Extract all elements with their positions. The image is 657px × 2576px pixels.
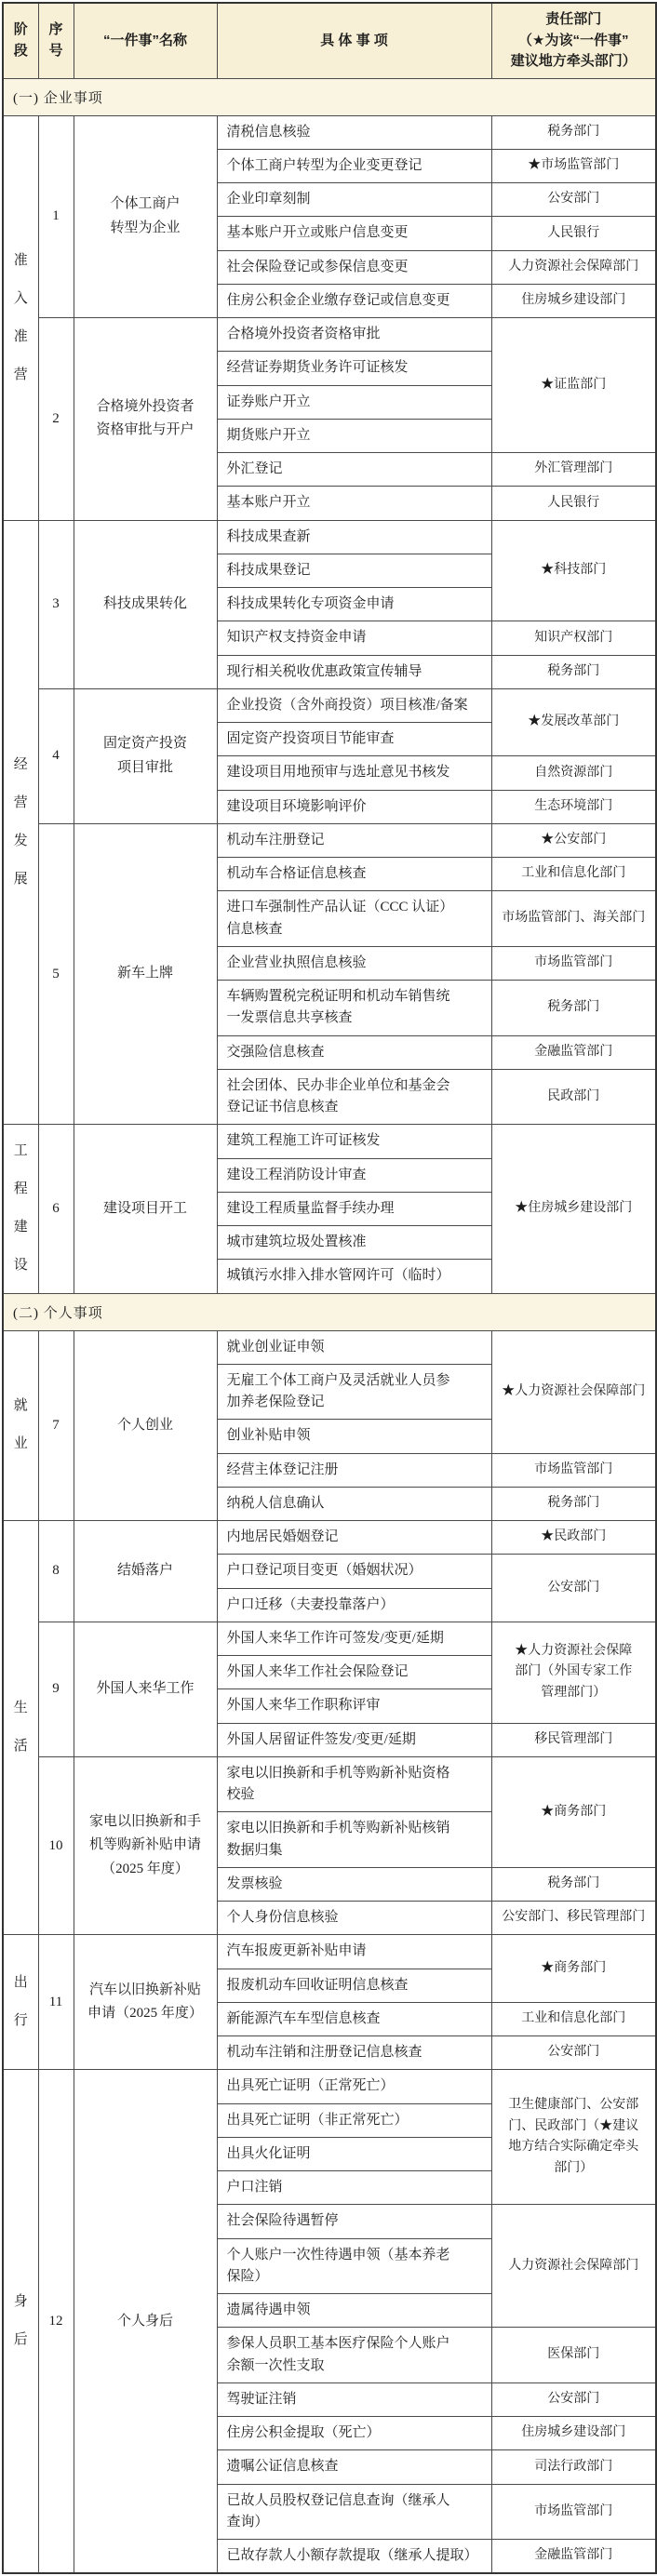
- item-cell: 新能源汽车车型信息核查: [217, 2002, 491, 2035]
- stage-label: 就业: [4, 1331, 38, 1521]
- table-row: 2合格境外投资者 资格审批与开户合格境外投资者资格审批★证监部门: [3, 318, 656, 352]
- item-cell: 机动车注册登记: [217, 823, 491, 857]
- item-cell: 社会团体、民办非企业单位和基金会 登记证书信息核查: [217, 1069, 491, 1125]
- one-thing-name-cell: 建设项目开工: [74, 1125, 217, 1293]
- item-cell: 社会保险待遇暂停: [217, 2205, 491, 2238]
- one-thing-name-cell: 家电以旧换新和手 机等购新补贴申请 （2025 年度）: [74, 1756, 217, 1935]
- item-cell: 户口注销: [217, 2171, 491, 2205]
- dept-cell: 市场监管部门: [491, 946, 656, 980]
- dept-cell: 公安部门: [491, 2036, 656, 2070]
- item-cell: 期货账户开立: [217, 419, 491, 452]
- table-row: 经营发展3科技成果转化科技成果查新★科技部门: [3, 520, 656, 554]
- table-row: 4固定资产投资 项目审批企业投资（含外商投资）项目核准/备案★发展改革部门: [3, 688, 656, 722]
- item-cell: 户口迁移（夫妻投靠落户）: [217, 1588, 491, 1622]
- item-cell: 出具死亡证明（非正常死亡）: [217, 2103, 491, 2137]
- item-cell: 进口车强制性产品认证（CCC 认证） 信息核查: [217, 891, 491, 947]
- dept-cell: 市场监管部门、海关部门: [491, 891, 656, 947]
- item-cell: 基本账户开立或账户信息变更: [217, 217, 491, 250]
- dept-cell: 公安部门: [491, 2382, 656, 2416]
- item-cell: 城市建筑垃圾处置核准: [217, 1226, 491, 1260]
- section-row: (二) 个人事项: [3, 1293, 656, 1330]
- item-cell: 内地居民婚姻登记: [217, 1521, 491, 1555]
- stage-cell-就业: 就业: [3, 1330, 38, 1521]
- dept-cell: 工业和信息化部门: [491, 2002, 656, 2035]
- one-thing-name-cell: 新车上牌: [74, 823, 217, 1125]
- seq-cell: 4: [38, 688, 74, 823]
- seq-cell: 8: [38, 1521, 74, 1622]
- item-cell: 家电以旧换新和手机等购新补贴核销 数据归集: [217, 1812, 491, 1868]
- stage-cell-工程建设: 工程建设: [3, 1125, 38, 1293]
- item-cell: 企业投资（含外商投资）项目核准/备案: [217, 688, 491, 722]
- item-cell: 发票核验: [217, 1867, 491, 1901]
- dept-cell: 人力资源社会保障部门: [491, 250, 656, 284]
- dept-cell: 税务部门: [491, 115, 656, 149]
- item-cell: 城镇污水排入排水管网许可（临时）: [217, 1260, 491, 1293]
- dept-cell: 工业和信息化部门: [491, 858, 656, 891]
- dept-cell: ★人力资源社会保障 部门（外国专家工作 管理部门）: [491, 1622, 656, 1723]
- dept-cell: 税务部门: [491, 655, 656, 688]
- stage-label: 身后: [4, 2070, 38, 2572]
- one-thing-name-cell: 汽车以旧换新补贴 申请（2025 年度）: [74, 1935, 217, 2070]
- one-thing-name-cell: 个人身后: [74, 2070, 217, 2574]
- table-row: 9外国人来华工作外国人来华工作许可签发/变更/延期★人力资源社会保障 部门（外国…: [3, 1622, 656, 1655]
- one-thing-name-cell: 结婚落户: [74, 1521, 217, 1622]
- stage-label: 准入准营: [4, 116, 38, 520]
- table-row: 身后12个人身后出具死亡证明（正常死亡）卫生健康部门、公安部 门、民政部门（★建…: [3, 2070, 656, 2103]
- table-body: (一) 企业事项准入准营1个体工商户 转型为企业清税信息核验税务部门个体工商户转…: [3, 78, 656, 2573]
- item-cell: 外汇登记: [217, 453, 491, 487]
- dept-cell: 人力资源社会保障部门: [491, 2205, 656, 2328]
- header-dept: 责任部门 （★为该“一件事” 建议地方牵头部门）: [491, 3, 656, 78]
- dept-cell: 医保部门: [491, 2328, 656, 2383]
- section-label: (一) 企业事项: [3, 78, 656, 115]
- one-thing-services-table: 阶 段 序 号 “一件事”名称 具 体 事 项 责任部门 （★为该“一件事” 建…: [2, 2, 657, 2574]
- item-cell: 报废机动车回收证明信息核查: [217, 1969, 491, 2002]
- item-cell: 企业印章刻制: [217, 183, 491, 217]
- table-row: 就业7个人创业就业创业证申领★人力资源社会保障部门: [3, 1330, 656, 1364]
- seq-cell: 1: [38, 115, 74, 318]
- table-row: 工程建设6建设项目开工建筑工程施工许可证核发★住房城乡建设部门: [3, 1125, 656, 1158]
- one-thing-name-cell: 个人创业: [74, 1330, 217, 1521]
- item-cell: 现行相关税收优惠政策宣传辅导: [217, 655, 491, 688]
- item-cell: 个人账户一次性待遇申领（基本养老 保险）: [217, 2238, 491, 2294]
- item-cell: 企业营业执照信息核验: [217, 946, 491, 980]
- seq-cell: 9: [38, 1622, 74, 1756]
- one-thing-name-cell: 外国人来华工作: [74, 1622, 217, 1756]
- stage-label: 生活: [4, 1521, 38, 1934]
- item-cell: 机动车注销和注册登记信息核查: [217, 2036, 491, 2070]
- section-label: (二) 个人事项: [3, 1293, 656, 1330]
- item-cell: 家电以旧换新和手机等购新补贴资格 校验: [217, 1756, 491, 1812]
- dept-cell: ★商务部门: [491, 1756, 656, 1867]
- item-cell: 建设项目用地预审与选址意见书核发: [217, 756, 491, 790]
- item-cell: 个人身份信息核验: [217, 1902, 491, 1935]
- item-cell: 参保人员职工基本医疗保险个人账户 余额一次性支取: [217, 2328, 491, 2383]
- dept-cell: 税务部门: [491, 981, 656, 1036]
- dept-cell: 移民管理部门: [491, 1723, 656, 1756]
- dept-cell: 公安部门: [491, 1555, 656, 1622]
- item-cell: 纳税人信息确认: [217, 1487, 491, 1520]
- dept-cell: ★市场监管部门: [491, 149, 656, 182]
- item-cell: 机动车合格证信息核查: [217, 858, 491, 891]
- item-cell: 科技成果登记: [217, 554, 491, 587]
- table-row: 准入准营1个体工商户 转型为企业清税信息核验税务部门: [3, 115, 656, 149]
- dept-cell: 市场监管部门: [491, 1453, 656, 1487]
- item-cell: 出具火化证明: [217, 2137, 491, 2170]
- item-cell: 住房公积金企业缴存登记或信息变更: [217, 284, 491, 317]
- item-cell: 建设工程质量监督手续办理: [217, 1192, 491, 1225]
- dept-cell: 税务部门: [491, 1487, 656, 1520]
- item-cell: 科技成果转化专项资金申请: [217, 588, 491, 621]
- dept-cell: ★住房城乡建设部门: [491, 1125, 656, 1293]
- dept-cell: ★发展改革部门: [491, 688, 656, 756]
- dept-cell: 自然资源部门: [491, 756, 656, 790]
- item-cell: 建筑工程施工许可证核发: [217, 1125, 491, 1158]
- dept-cell: ★科技部门: [491, 520, 656, 621]
- seq-cell: 5: [38, 823, 74, 1125]
- dept-cell: 住房城乡建设部门: [491, 2417, 656, 2450]
- dept-cell: ★人力资源社会保障部门: [491, 1330, 656, 1453]
- section-row: (一) 企业事项: [3, 78, 656, 115]
- dept-cell: 生态环境部门: [491, 790, 656, 823]
- item-cell: 建设工程消防设计审查: [217, 1158, 491, 1192]
- stage-cell-经营发展: 经营发展: [3, 520, 38, 1125]
- one-thing-name-cell: 个体工商户 转型为企业: [74, 115, 217, 318]
- seq-cell: 7: [38, 1330, 74, 1521]
- item-cell: 无雇工个体工商户及灵活就业人员参 加养老保险登记: [217, 1364, 491, 1420]
- item-cell: 遗属待遇申领: [217, 2294, 491, 2328]
- one-thing-name-cell: 合格境外投资者 资格审批与开户: [74, 318, 217, 521]
- item-cell: 固定资产投资项目节能审查: [217, 723, 491, 756]
- seq-cell: 2: [38, 318, 74, 521]
- item-cell: 外国人来华工作社会保险登记: [217, 1656, 491, 1689]
- item-cell: 户口登记项目变更（婚姻状况）: [217, 1555, 491, 1588]
- item-cell: 知识产权支持资金申请: [217, 621, 491, 655]
- header-stage: 阶 段: [3, 3, 38, 78]
- item-cell: 外国人来华工作职称评审: [217, 1689, 491, 1723]
- item-cell: 证券账户开立: [217, 385, 491, 419]
- one-thing-name-cell: 固定资产投资 项目审批: [74, 688, 217, 823]
- table-row: 出行11汽车以旧换新补贴 申请（2025 年度）汽车报废更新补贴申请★商务部门: [3, 1935, 656, 1969]
- stage-cell-准入准营: 准入准营: [3, 115, 38, 520]
- item-cell: 创业补贴申领: [217, 1420, 491, 1453]
- item-cell: 已故人员股权登记信息查询（继承人 查询）: [217, 2484, 491, 2540]
- stage-cell-身后: 身后: [3, 2070, 38, 2574]
- seq-cell: 11: [38, 1935, 74, 2070]
- dept-cell: 人民银行: [491, 487, 656, 520]
- seq-cell: 12: [38, 2070, 74, 2574]
- item-cell: 遗嘱公证信息核查: [217, 2450, 491, 2484]
- table-row: 生活8结婚落户内地居民婚姻登记★民政部门: [3, 1521, 656, 1555]
- dept-cell: ★公安部门: [491, 823, 656, 857]
- dept-cell: 公安部门: [491, 183, 656, 217]
- item-cell: 合格境外投资者资格审批: [217, 318, 491, 352]
- stage-label: 经营发展: [4, 521, 38, 1125]
- item-cell: 车辆购置税完税证明和机动车销售统 一发票信息共享核查: [217, 981, 491, 1036]
- item-cell: 出具死亡证明（正常死亡）: [217, 2070, 491, 2103]
- dept-cell: 人民银行: [491, 217, 656, 250]
- item-cell: 基本账户开立: [217, 487, 491, 520]
- dept-cell: ★民政部门: [491, 1521, 656, 1555]
- item-cell: 经营主体登记注册: [217, 1453, 491, 1487]
- seq-cell: 3: [38, 520, 74, 688]
- item-cell: 汽车报废更新补贴申请: [217, 1935, 491, 1969]
- dept-cell: 外汇管理部门: [491, 453, 656, 487]
- item-cell: 就业创业证申领: [217, 1330, 491, 1364]
- header-items: 具 体 事 项: [217, 3, 491, 78]
- stage-label: 工程建设: [4, 1125, 38, 1292]
- dept-cell: 金融监管部门: [491, 1035, 656, 1069]
- dept-cell: 卫生健康部门、公安部 门、民政部门（★建议 地方结合实际确定牵头 部门）: [491, 2070, 656, 2205]
- stage-label: 出行: [4, 1935, 38, 2069]
- item-cell: 外国人来华工作许可签发/变更/延期: [217, 1622, 491, 1655]
- table-row: 5新车上牌机动车注册登记★公安部门: [3, 823, 656, 857]
- dept-cell: 住房城乡建设部门: [491, 284, 656, 317]
- seq-cell: 10: [38, 1756, 74, 1935]
- dept-cell: 司法行政部门: [491, 2450, 656, 2484]
- header-seq: 序 号: [38, 3, 74, 78]
- item-cell: 科技成果查新: [217, 520, 491, 554]
- item-cell: 交强险信息核查: [217, 1035, 491, 1069]
- item-cell: 建设项目环境影响评价: [217, 790, 491, 823]
- item-cell: 驾驶证注销: [217, 2382, 491, 2416]
- item-cell: 个体工商户转型为企业变更登记: [217, 149, 491, 182]
- dept-cell: 市场监管部门: [491, 2484, 656, 2540]
- dept-cell: 民政部门: [491, 1069, 656, 1125]
- item-cell: 清税信息核验: [217, 115, 491, 149]
- header-name: “一件事”名称: [74, 3, 217, 78]
- dept-cell: ★证监部门: [491, 318, 656, 453]
- dept-cell: ★商务部门: [491, 1935, 656, 2003]
- item-cell: 外国人居留证件签发/变更/延期: [217, 1723, 491, 1756]
- table-row: 10家电以旧换新和手 机等购新补贴申请 （2025 年度）家电以旧换新和手机等购…: [3, 1756, 656, 1812]
- item-cell: 经营证券期货业务许可证核发: [217, 352, 491, 385]
- stage-cell-生活: 生活: [3, 1521, 38, 1935]
- seq-cell: 6: [38, 1125, 74, 1293]
- stage-cell-出行: 出行: [3, 1935, 38, 2070]
- dept-cell: 公安部门、移民管理部门: [491, 1902, 656, 1935]
- item-cell: 住房公积金提取（死亡）: [217, 2417, 491, 2450]
- dept-cell: 金融监管部门: [491, 2540, 656, 2574]
- one-thing-name-cell: 科技成果转化: [74, 520, 217, 688]
- item-cell: 已故存款人小额存款提取（继承人提取）: [217, 2540, 491, 2574]
- table-header-row: 阶 段 序 号 “一件事”名称 具 体 事 项 责任部门 （★为该“一件事” 建…: [3, 3, 656, 78]
- dept-cell: 知识产权部门: [491, 621, 656, 655]
- dept-cell: 税务部门: [491, 1867, 656, 1901]
- item-cell: 社会保险登记或参保信息变更: [217, 250, 491, 284]
